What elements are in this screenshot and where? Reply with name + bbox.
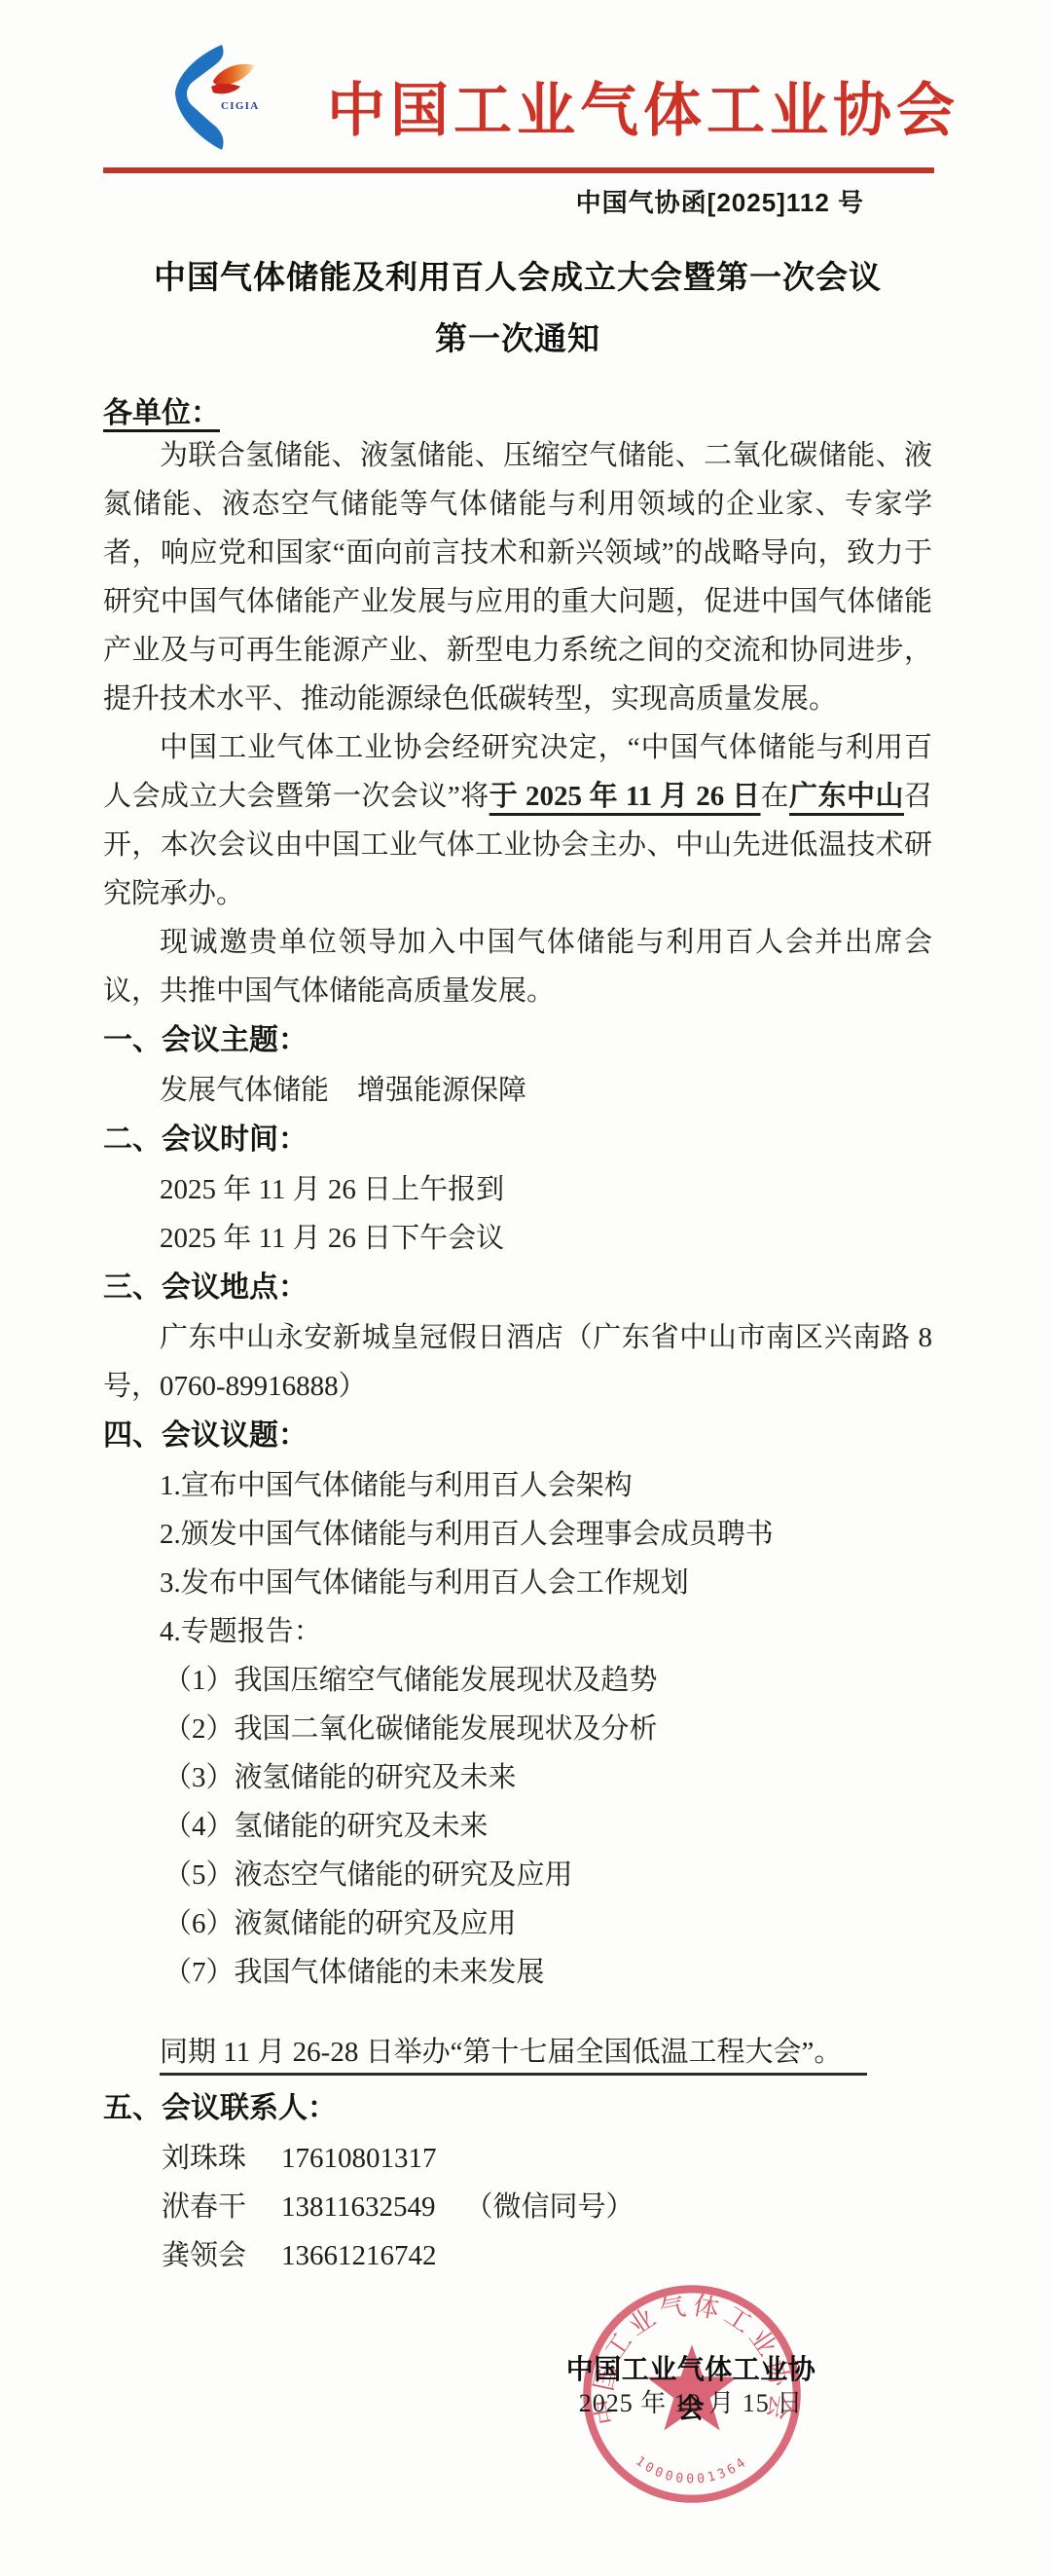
p2-conjunction: 在 [761, 781, 790, 812]
notice-body: 中国气体储能及利用百人会成立大会暨第一次会议 第一次通知 各单位： 为联合氢储能… [103, 252, 932, 2280]
logo-blue-chevron-icon [175, 45, 224, 150]
agenda-item: 1.宣布中国气体储能与利用百人会架构 [103, 1461, 932, 1510]
report-item: （4）氢储能的研究及未来 [103, 1802, 932, 1851]
signature-date: 2025 年 10 月 15 日 [562, 2383, 819, 2419]
contact-name: 刘珠珠 [162, 2143, 246, 2174]
scanned-notice-document: CIGIA 中国工业气体工业协会 中国气协函[2025]112 号 中国气体储能… [0, 0, 1051, 2576]
section-theme-content: 发展气体储能 增强能源保障 [103, 1066, 932, 1115]
letterhead-rule [103, 167, 934, 173]
report-item: （1）我国压缩空气储能发展现状及趋势 [103, 1656, 932, 1705]
report-item: （6）液氮储能的研究及应用 [103, 1899, 932, 1948]
p2-meeting-place: 广东中山 [789, 781, 904, 812]
report-item: （7）我国气体储能的未来发展 [103, 1948, 932, 1997]
section-agenda-heading: 四、会议议题： [103, 1411, 932, 1461]
contact-name: 龚领会 [162, 2240, 246, 2271]
association-logo: CIGIA [167, 43, 265, 152]
paragraph-intro: 为联合氢储能、液氢储能、压缩空气储能、二氧化碳储能、液氮储能、液态空气储能等气体… [103, 431, 932, 723]
notice-title-line1: 中国气体储能及利用百人会成立大会暨第一次会议 [103, 252, 932, 298]
section-time-heading: 二、会议时间： [103, 1115, 932, 1165]
logo-flame-swoosh-icon [211, 84, 240, 93]
contact-note: （微信同号） [464, 2191, 634, 2223]
contact-phone: 13661216742 [281, 2240, 437, 2271]
section-venue-heading: 三、会议地点： [103, 1263, 932, 1313]
document-number: 中国气协函[2025]112 号 [0, 183, 864, 219]
paragraph-decision: 中国工业气体工业协会经研究决定，“中国气体储能与利用百人会成立大会暨第一次会议”… [103, 723, 932, 918]
contact-row: 刘珠珠17610801317 [103, 2134, 932, 2183]
notice-title-line2: 第一次通知 [103, 313, 932, 359]
p2-meeting-date: 于 2025 年 11 月 26 日 [489, 781, 761, 812]
report-item: （3）液氢储能的研究及未来 [103, 1753, 932, 1802]
agenda-item: 4.专题报告： [103, 1607, 932, 1656]
agenda-item: 2.颁发中国气体储能与利用百人会理事会成员聘书 [103, 1510, 932, 1559]
agenda-item: 3.发布中国气体储能与利用百人会工作规划 [103, 1559, 932, 1607]
contact-name: 洑春干 [162, 2191, 246, 2223]
meeting-time-session: 2025 年 11 月 26 日下午会议 [103, 1214, 932, 1263]
paragraph-invitation: 现诚邀贵单位领导加入中国气体储能与利用百人会并出席会议，共推中国气体储能高质量发… [103, 918, 932, 1015]
logo-flame-icon [213, 64, 255, 86]
salutation: 各单位： [103, 388, 932, 431]
concurrent-event-note: 同期 11 月 26-28 日举办“第十七届全国低温工程大会”。 [103, 2026, 932, 2083]
section-contacts-heading: 五、会议联系人： [103, 2083, 932, 2134]
letterhead-org-name: 中国工业气体工业协会 [327, 64, 960, 148]
section-theme-heading: 一、会议主题： [103, 1015, 932, 1066]
report-item: （5）液态空气储能的研究及应用 [103, 1851, 932, 1899]
contact-phone: 13811632549 [281, 2191, 435, 2223]
venue-address: 广东中山永安新城皇冠假日酒店（广东省中山市南区兴南路 8 号，0760-8991… [103, 1313, 932, 1411]
letterhead: CIGIA 中国工业气体工业协会 [0, 0, 1051, 167]
meeting-time-registration: 2025 年 11 月 26 日上午报到 [103, 1165, 932, 1214]
report-item: （2）我国二氧化碳储能发展现状及分析 [103, 1705, 932, 1753]
logo-acronym-text: CIGIA [221, 100, 260, 112]
contact-phone: 17610801317 [281, 2143, 437, 2174]
contact-row: 洑春干13811632549（微信同号） [103, 2183, 932, 2231]
